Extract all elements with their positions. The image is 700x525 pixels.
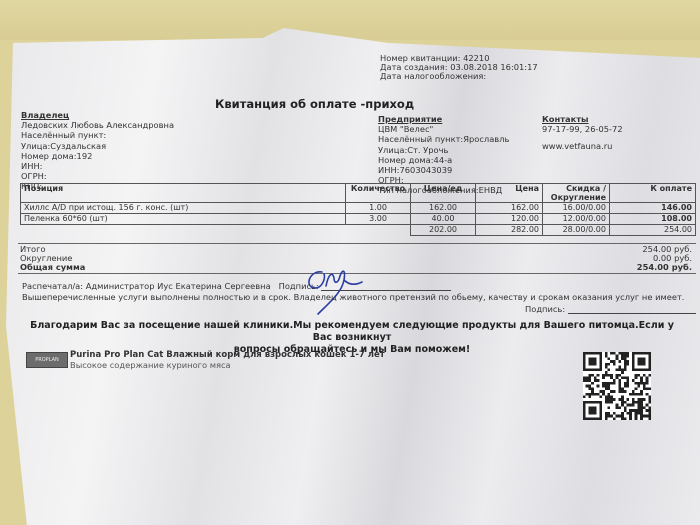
thanks-line: Благодарим Вас за посещение нашей клиник… [22, 320, 682, 344]
owner-name: Ледовских Любовь Александровна [21, 120, 174, 130]
cell-to-pay: 108.00 [610, 214, 696, 225]
header-position: Позиция [21, 184, 346, 203]
cell-to-pay: 146.00 [610, 203, 696, 214]
product-description: Высокое содержание куриного мяса [70, 360, 385, 370]
product-image: PROPLAN [26, 352, 68, 368]
contacts-phones: 97-17-99, 26-05-72 [542, 124, 623, 134]
company-name: ЦВМ "Велес" [378, 124, 509, 134]
owner-signature: Подпись: [525, 304, 696, 314]
owner-line: ОГРН: [21, 171, 174, 181]
items-table: Позиция Количество Цена/ед Цена Скидка /… [20, 183, 696, 236]
cell-unit-price: 40.00 [411, 214, 476, 225]
total-value: 254.00 руб. [637, 263, 692, 272]
owner-line: Населённый пункт: [21, 130, 174, 140]
total-discount: 28.00/0.00 [543, 225, 610, 236]
cell-quantity: 3.00 [346, 214, 411, 225]
cell-unit-price: 162.00 [411, 203, 476, 214]
table-header-row: Позиция Количество Цена/ед Цена Скидка /… [21, 184, 696, 203]
total-unit-price: 202.00 [411, 225, 476, 236]
statement: Вышеперечисленные услуги выполнены полно… [22, 292, 684, 302]
table-row: Пеленка 60*60 (шт) 3.00 40.00 120.00 12.… [21, 214, 696, 225]
product-block: Purina Pro Plan Cat Влажный корм для взр… [70, 350, 385, 370]
company-line: Номер дома:44-а [378, 155, 509, 165]
total-price: 282.00 [476, 225, 543, 236]
contacts-heading: Контакты [542, 114, 623, 124]
qr-code-icon [583, 352, 651, 420]
owner-block: Владелец Ледовских Любовь Александровна … [21, 110, 174, 192]
summary-divider-top [18, 243, 696, 244]
printed-by: Распечатал/а: Администратор Иус Екатерин… [22, 281, 271, 291]
header-to-pay: К оплате [610, 184, 696, 203]
total-label: Общая сумма [20, 263, 85, 272]
summary-values: 254.00 руб. 0.00 руб. 254.00 руб. [637, 245, 692, 272]
cell-position: Хиллс A/D при истощ. 156 г. конс. (шт) [21, 203, 346, 214]
table-row: Хиллс A/D при истощ. 156 г. конс. (шт) 1… [21, 203, 696, 214]
cell-discount: 16.00/0.00 [543, 203, 610, 214]
cell-discount: 12.00/0.00 [543, 214, 610, 225]
header-unit-price: Цена/ед [411, 184, 476, 203]
header-discount: Скидка / Округление [543, 184, 610, 203]
table-totals-row: 202.00 282.00 28.00/0.00 254.00 [21, 225, 696, 236]
company-heading: Предприятие [378, 114, 509, 124]
total-to-pay: 254.00 [610, 225, 696, 236]
cell-price: 120.00 [476, 214, 543, 225]
company-line: Улица:Ст. Урочь [378, 145, 509, 155]
cell-quantity: 1.00 [346, 203, 411, 214]
table-surface [0, 0, 700, 40]
document-title: Квитанция об оплате -приход [215, 97, 414, 111]
handwritten-signature-icon [300, 258, 370, 318]
owner-line: Улица:Суздальская [21, 141, 174, 151]
company-line: ИНН:7603043039 [378, 165, 509, 175]
cell-price: 162.00 [476, 203, 543, 214]
owner-line: Номер дома:192 [21, 151, 174, 161]
owner-heading: Владелец [21, 110, 174, 120]
cell-position: Пеленка 60*60 (шт) [21, 214, 346, 225]
owner-signature-label: Подпись: [525, 304, 565, 314]
owner-line: ИНН: [21, 161, 174, 171]
owner-signature-line [568, 305, 696, 314]
header-quantity: Количество [346, 184, 411, 203]
printed-by-line: Распечатал/а: Администратор Иус Екатерин… [22, 281, 451, 291]
product-name: Purina Pro Plan Cat Влажный корм для взр… [70, 350, 385, 360]
company-line: Населённый пункт:Ярославль [378, 134, 509, 144]
summary-labels: Итого Округление Общая сумма [20, 245, 85, 272]
receipt-tax-date: Дата налогообложения: [380, 71, 486, 81]
contacts-website[interactable]: www.vetfauna.ru [542, 141, 623, 151]
contacts-block: Контакты 97-17-99, 26-05-72 www.vetfauna… [542, 114, 623, 152]
header-price: Цена [476, 184, 543, 203]
